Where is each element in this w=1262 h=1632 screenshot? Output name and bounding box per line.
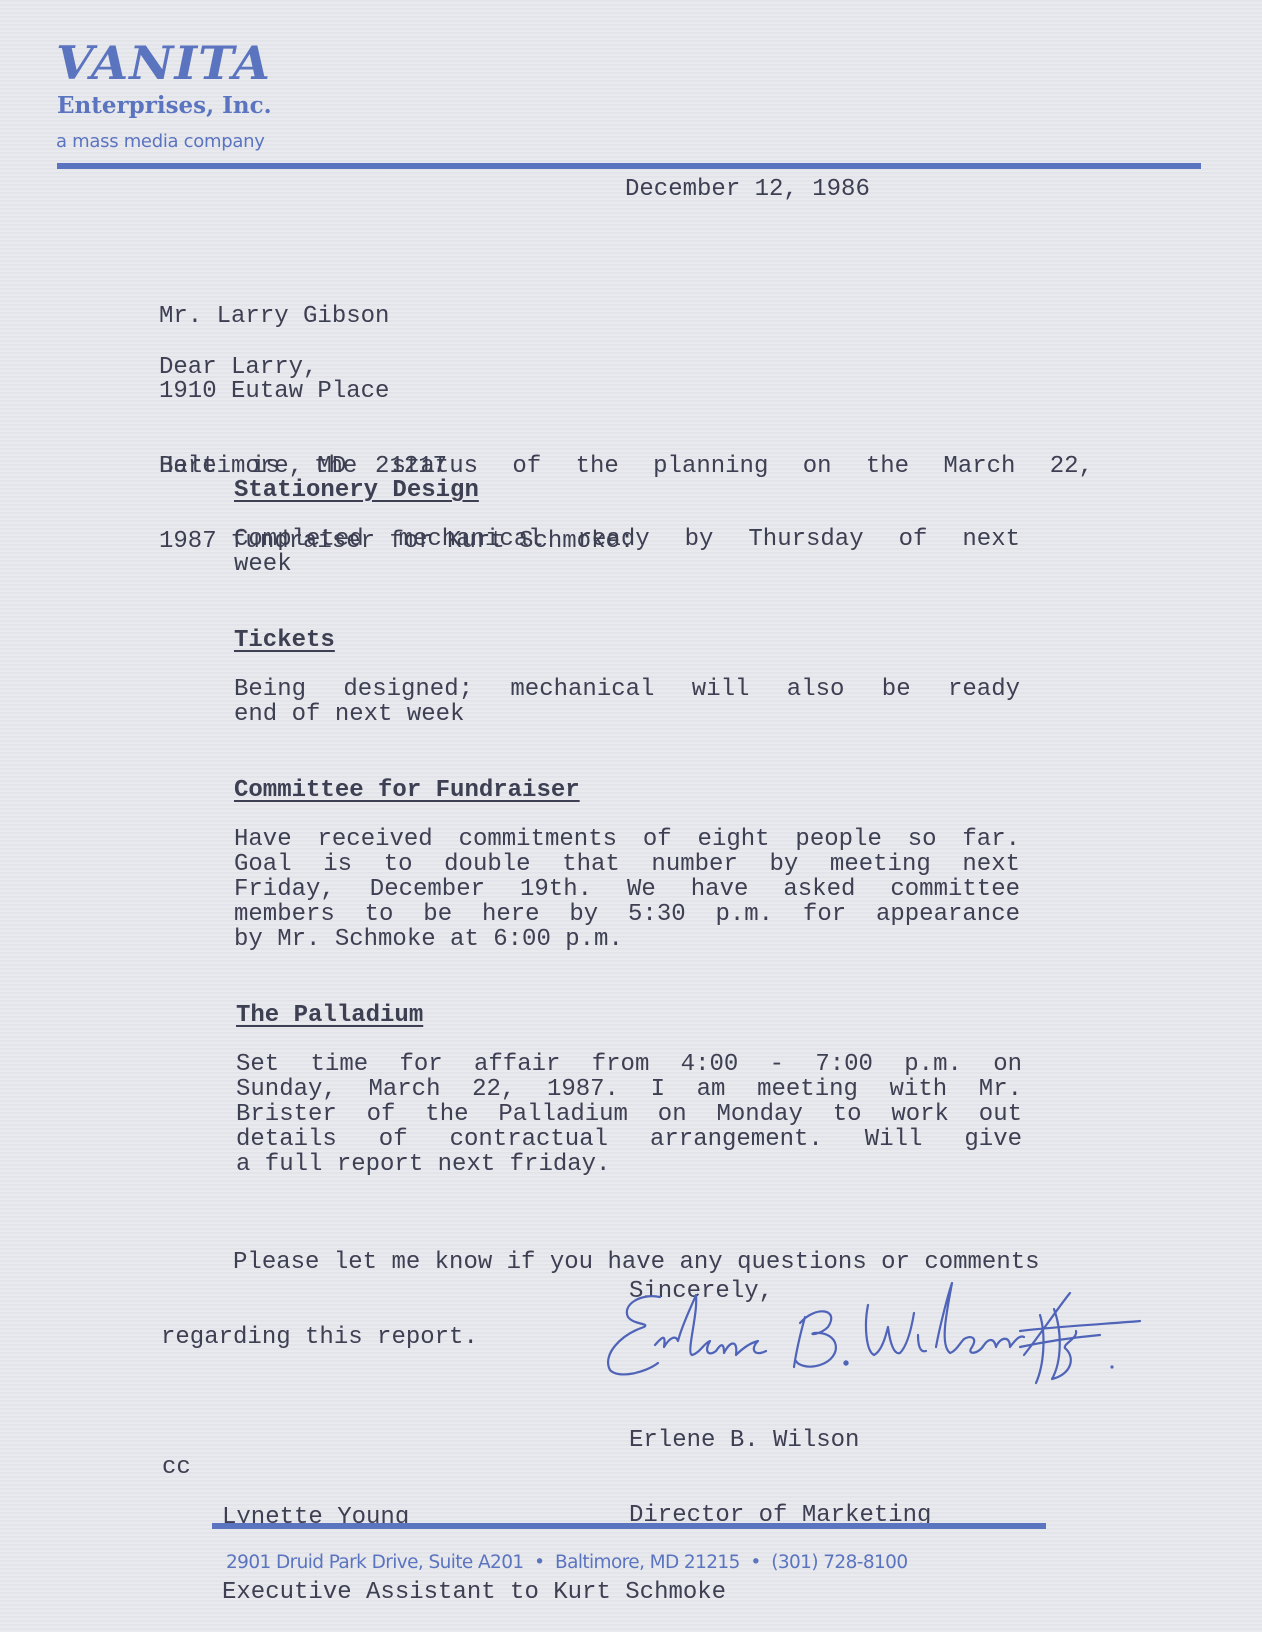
section-heading-committee: Committee for Fundraiser [234,778,580,803]
section-line: details of contractual arrangement. Will… [236,1127,1022,1152]
section-line: members to be here by 5:30 p.m. for appe… [234,902,1020,927]
section-line: a full report next friday. [236,1152,1022,1177]
section-heading-tickets: Tickets [234,628,335,653]
section-body-stationery: Completed mechanical ready by Thursday o… [234,527,1020,577]
intro-line-1: Here is the status of the planning on th… [159,454,1093,479]
section-heading-palladium: The Palladium [236,1003,423,1028]
footer-contact: 2901 Druid Park Drive, Suite A201 • Balt… [226,1552,908,1573]
cc-title: Executive Assistant to Kurt Schmoke [222,1580,726,1605]
bullet-separator: • [750,1552,760,1573]
footer-address: 2901 Druid Park Drive, Suite A201 [226,1552,524,1573]
closing-line-1: Please let me know if you have any quest… [161,1250,1040,1275]
handwritten-signature [600,1275,1170,1385]
section-line: Set time for affair from 4:00 - 7:00 p.m… [236,1052,1022,1077]
recipient-street: 1910 Eutaw Place [159,379,447,404]
section-body-tickets: Being designed; mechanical will also be … [234,677,1020,727]
section-line: Being designed; mechanical will also be … [234,677,1020,702]
section-line: Goal is to double that number by meeting… [234,852,1020,877]
section-line: by Mr. Schmoke at 6:00 p.m. [234,927,1020,952]
section-line: Completed mechanical ready by Thursday o… [234,527,1020,552]
section-body-palladium: Set time for affair from 4:00 - 7:00 p.m… [236,1052,1022,1177]
section-line: Sunday, March 22, 1987. I am meeting wit… [236,1077,1022,1102]
cc-label: cc [162,1455,191,1480]
section-line: Friday, December 19th. We have asked com… [234,877,1020,902]
letter-date: December 12, 1986 [625,177,870,202]
section-line: Brister of the Palladium on Monday to wo… [236,1102,1022,1127]
bullet-separator: • [534,1552,544,1573]
section-line: Have received commitments of eight peopl… [234,827,1020,852]
section-body-committee: Have received commitments of eight peopl… [234,827,1020,952]
salutation: Dear Larry, [159,355,317,380]
footer-city: Baltimore, MD 21215 [555,1552,740,1573]
company-tagline: a mass media company [56,133,265,151]
section-line: end of next week [234,702,1020,727]
footer-rule [212,1523,1046,1529]
company-logo-suffix: Enterprises, Inc. [57,94,272,117]
letterhead-rule [57,163,1201,169]
company-logo-name: VANITA [56,40,271,86]
signer-name: Erlene B. Wilson [629,1428,931,1453]
recipient-name: Mr. Larry Gibson [159,304,447,329]
footer-phone: (301) 728-8100 [771,1552,907,1573]
cc-recipient: Lynette Young Executive Assistant to Kur… [222,1455,726,1630]
section-heading-stationery: Stationery Design [234,478,479,503]
section-line: week [234,552,1020,577]
